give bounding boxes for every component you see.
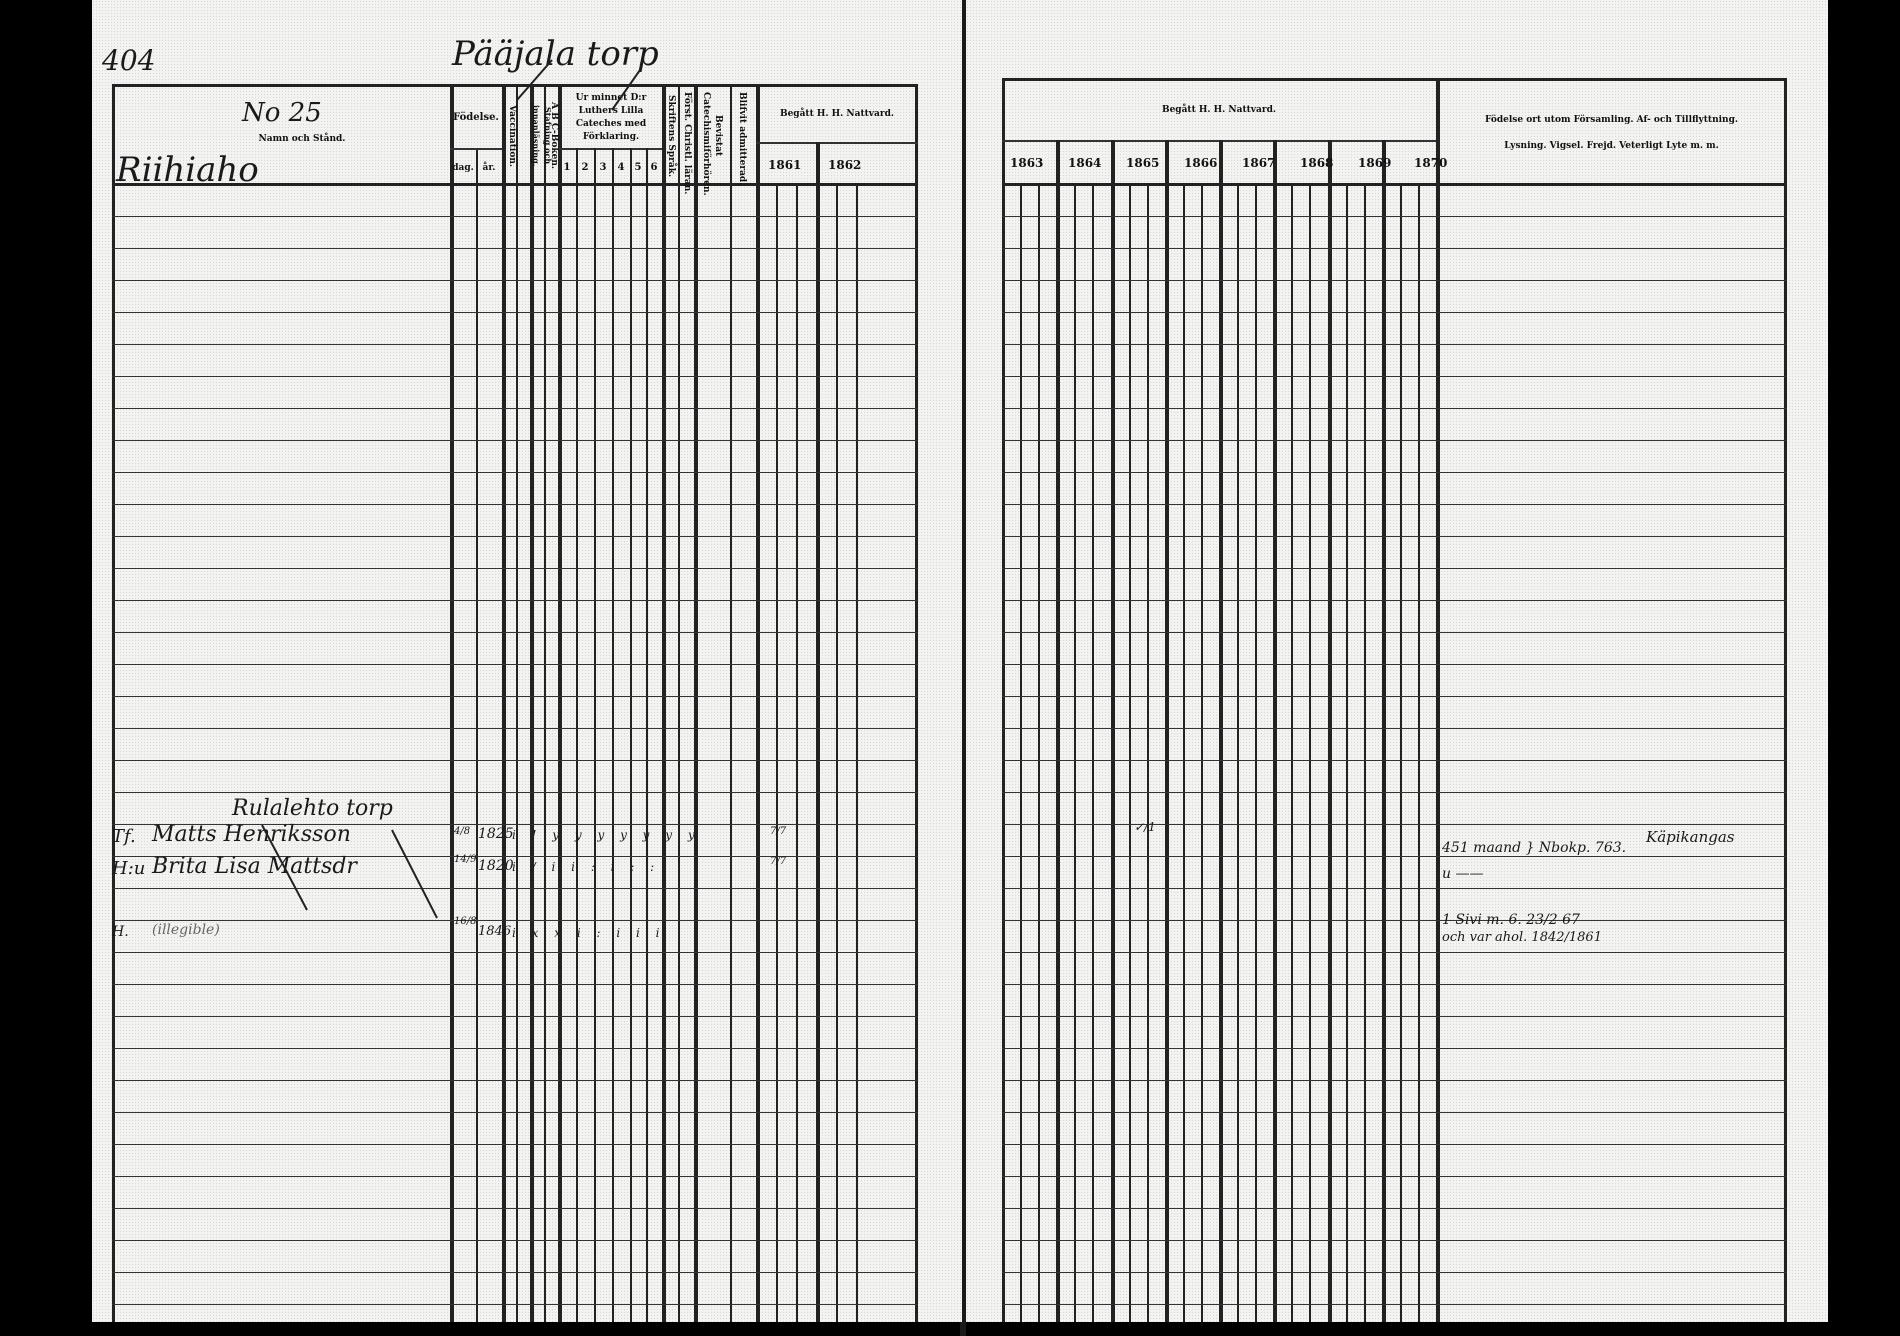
ruled-line xyxy=(1002,1176,1787,1177)
communion-year-1869: 1869 xyxy=(1358,156,1391,170)
ruled-line xyxy=(1364,183,1366,1322)
col-divider xyxy=(1436,78,1440,1322)
ruled-line xyxy=(1255,183,1257,1322)
ruled-line xyxy=(1237,183,1239,1322)
ruled-line xyxy=(1002,920,1787,921)
entry-remarks: och var ahol. 1842/1861 xyxy=(1442,930,1602,945)
ruled-line xyxy=(1002,888,1787,889)
ruled-line xyxy=(1002,632,1787,633)
ruled-line xyxy=(1002,504,1787,505)
entry-communion-1866: ✓/1 xyxy=(1134,820,1156,834)
left-page: 404 Pääjala torp No 25 Namn och Stånd. R… xyxy=(92,0,962,1322)
header-remarks-1: Födelse ort utom Församling. Af- och Til… xyxy=(1436,114,1787,126)
ruled-line xyxy=(1147,183,1149,1322)
communion-year-1863: 1863 xyxy=(1010,156,1043,170)
ruled-line xyxy=(1002,664,1787,665)
ruled-line xyxy=(1002,344,1787,345)
ruled-line xyxy=(1418,183,1420,1322)
entry-remarks: 451 maand } Nbokp. 763. xyxy=(1442,840,1626,856)
ruled-line xyxy=(1020,183,1022,1322)
ruled-line xyxy=(1092,183,1094,1322)
ruled-line xyxy=(1291,183,1293,1322)
ruled-line xyxy=(1002,984,1787,985)
entry-birth-day: 16/8 xyxy=(454,916,476,927)
ruled-line xyxy=(1002,728,1787,729)
ruled-line xyxy=(1002,952,1787,953)
right-page: Begått H. H. Nattvard. 1863 1864 1865 18… xyxy=(966,0,1828,1322)
ruled-line xyxy=(1002,312,1787,313)
entry-marks: i x x i : i i i xyxy=(512,926,665,940)
entry-remarks: u —— xyxy=(1442,866,1483,882)
ruled-line xyxy=(1201,183,1203,1322)
header-remarks-2: Lysning. Vigsel. Frejd. Veterligt Lyte m… xyxy=(1436,140,1787,152)
ruled-line xyxy=(1002,696,1787,697)
ruled-line xyxy=(1346,183,1348,1322)
ruled-line xyxy=(1002,376,1787,377)
ruled-line xyxy=(1074,183,1076,1322)
ruled-line xyxy=(1002,216,1787,217)
ruled-line xyxy=(1400,183,1402,1322)
ruled-line xyxy=(1002,248,1787,249)
ruled-line xyxy=(1002,1048,1787,1049)
communion-year-1867: 1867 xyxy=(1242,156,1275,170)
entry-name-faded: (illegible) xyxy=(152,922,220,938)
ruled-line xyxy=(1002,1080,1787,1081)
header-communion: Begått H. H. Nattvard. xyxy=(1002,104,1436,116)
ruled-line xyxy=(1002,760,1787,761)
ruled-line xyxy=(1002,440,1787,441)
ruled-line xyxy=(1002,568,1787,569)
ruled-line xyxy=(1183,183,1185,1322)
entry-prefix: H. xyxy=(112,924,129,940)
communion-year-1868: 1868 xyxy=(1300,156,1333,170)
ruled-line xyxy=(1002,408,1787,409)
ruled-line xyxy=(1002,472,1787,473)
communion-year-1865: 1865 xyxy=(1126,156,1159,170)
entry-remarks: 1 Sivi m. 6. 23/2 67 xyxy=(1442,912,1580,928)
ruled-line xyxy=(1129,183,1131,1322)
ruled-line xyxy=(1002,1144,1787,1145)
communion-year-1870: 1870 xyxy=(1414,156,1447,170)
ruled-line xyxy=(1002,600,1787,601)
communion-year-1866: 1866 xyxy=(1184,156,1217,170)
ruled-line xyxy=(1002,1240,1787,1241)
strikethrough-marks xyxy=(92,0,962,1322)
header-divider xyxy=(1002,183,1787,186)
ruled-line xyxy=(1002,792,1787,793)
ruled-line xyxy=(1002,280,1787,281)
entry-birth-year: 1846 xyxy=(478,924,511,939)
entry-remarks-place: Käpikangas xyxy=(1646,828,1734,846)
ruled-line xyxy=(1002,1272,1787,1273)
ruled-line xyxy=(1002,1016,1787,1017)
communion-year-1864: 1864 xyxy=(1068,156,1101,170)
ruled-line xyxy=(1038,183,1040,1322)
ruled-line xyxy=(1002,1112,1787,1113)
ruled-line xyxy=(1002,856,1787,857)
ruled-line xyxy=(1309,183,1311,1322)
ruled-line xyxy=(1002,1304,1787,1305)
ruled-line xyxy=(1002,536,1787,537)
ruled-line xyxy=(1002,824,1787,825)
ruled-line xyxy=(1002,1208,1787,1209)
register-table-right xyxy=(1002,78,1787,1322)
